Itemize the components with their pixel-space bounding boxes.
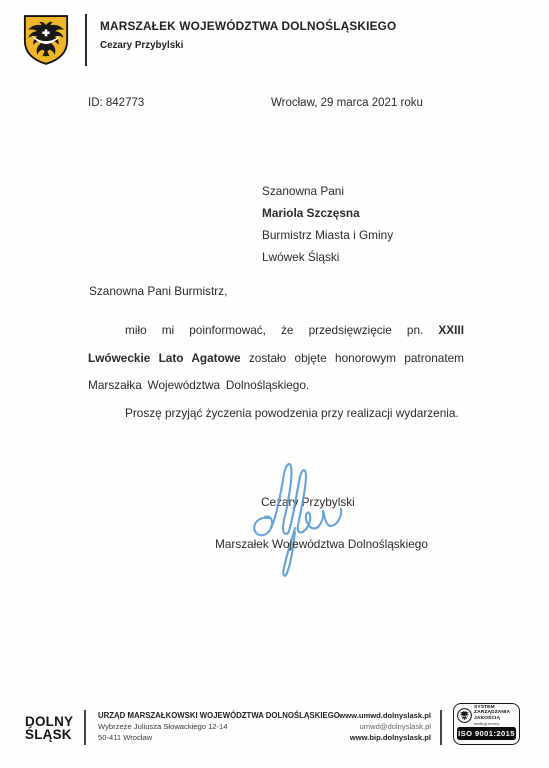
website-bip: www.bip.dolnyslask.pl (339, 733, 431, 744)
iso-text-line-4: według normy (474, 721, 510, 726)
office-city: 50-411 Wrocław (98, 733, 340, 744)
recipient-block: Szanowna Pani Mariola Szczęsna Burmistrz… (262, 180, 393, 268)
scanned-letter-page: MARSZAŁEK WOJEWÓDZTWA DOLNOŚLĄSKIEGO Cez… (0, 0, 549, 768)
recipient-name: Mariola Szczęsna (262, 202, 393, 224)
recipient-salutation: Szanowna Pani (262, 180, 393, 202)
iso-badge-text: SYSTEM ZARZĄDZANIA JAKOŚCIĄ według normy (474, 705, 510, 726)
recipient-city: Lwówek Śląski (262, 246, 393, 268)
letterhead: MARSZAŁEK WOJEWÓDZTWA DOLNOŚLĄSKIEGO Cez… (100, 19, 396, 51)
email-address: umwd@dolnyslask.pl (339, 722, 431, 733)
iso-eagle-icon (457, 708, 472, 723)
lower-silesia-coat-of-arms-icon (23, 13, 69, 67)
footer-web-block: www.umwd.dolnyslask.pl umwd@dolnyslask.p… (339, 711, 431, 743)
letter-salutation: Szanowna Pani Burmistrz, (89, 284, 227, 298)
paragraph-1-text: miło mi poinformować, że przedsięwzięcie… (125, 323, 438, 337)
signer-title: Marszałek Województwa Dolnośląskiego (215, 537, 428, 551)
logo-line-2: ŚLĄSK (25, 728, 73, 741)
letterhead-name: Cezary Przybylski (100, 40, 396, 51)
footer-divider-right (440, 710, 442, 745)
website-main: www.umwd.dolnyslask.pl (339, 711, 431, 722)
signer-name: Cezary Przybylski (261, 495, 355, 509)
office-street: Wybrzeże Juliusza Słowackiego 12-14 (98, 722, 340, 733)
iso-standard-label: ISO 9001:2015 (457, 727, 516, 740)
dolny-slask-logo: DOLNY ŚLĄSK (25, 715, 73, 741)
iso-certification-badge: SYSTEM ZARZĄDZANIA JAKOŚCIĄ według normy… (453, 703, 520, 745)
letter-paragraph-2: Proszę przyjąć życzenia powodzenia przy … (88, 400, 464, 428)
letter-body: miło mi poinformować, że przedsięwzięcie… (88, 317, 464, 427)
handwritten-signature-scribble (249, 458, 357, 580)
office-name: URZĄD MARSZAŁKOWSKI WOJEWÓDZTWA DOLNOŚLĄ… (98, 711, 340, 722)
header-divider (85, 14, 87, 66)
letter-paragraph-1: miło mi poinformować, że przedsięwzięcie… (88, 317, 464, 400)
footer-divider-left (84, 710, 86, 745)
iso-badge-top: SYSTEM ZARZĄDZANIA JAKOŚCIĄ według normy (457, 706, 516, 725)
document-id: ID: 842773 (88, 97, 144, 109)
recipient-role: Burmistrz Miasta i Gminy (262, 224, 393, 246)
footer-address-block: URZĄD MARSZAŁKOWSKI WOJEWÓDZTWA DOLNOŚLĄ… (98, 711, 340, 743)
letterhead-title: MARSZAŁEK WOJEWÓDZTWA DOLNOŚLĄSKIEGO (100, 19, 396, 33)
place-and-date: Wrocław, 29 marca 2021 roku (271, 97, 423, 109)
iso-text-line-2: ZARZĄDZANIA (474, 710, 510, 715)
